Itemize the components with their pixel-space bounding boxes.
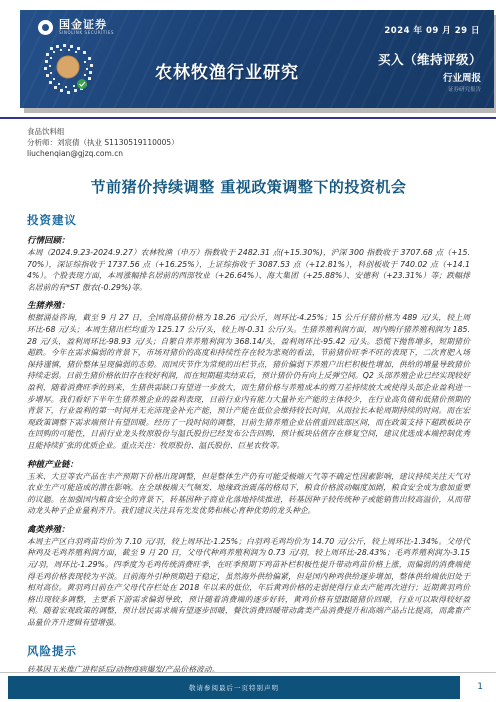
industry-report-title: 农林牧渔行业研究 <box>20 58 434 83</box>
block-text-market-review: 本周（2024.9.23-2024.9.27）农林牧渔（申万）指数收于 2482… <box>27 247 470 293</box>
block-text-hog-farming: 根据涌益咨询，截至 9 月 27 日，全国商品猪价格为 18.26 元/公斤，周… <box>27 312 470 451</box>
block-poultry-farming: 禽类养殖： 本周主产区白羽鸡苗均价为 7.10 元/羽，较上周环比-1.25%；… <box>27 523 470 629</box>
brand-logo: 国金证券 SINOLINK SECURITIES <box>38 19 114 36</box>
footer-disclaimer-bar: 敬请参阅最后一页特别声明 <box>8 676 460 699</box>
analyst-name-license: 分析师：刘宸倩（执业 S1130519110005） <box>27 137 470 148</box>
block-label-poultry-farming: 禽类养殖： <box>27 523 470 535</box>
section-risk-warning: 风险提示 <box>27 643 470 659</box>
brand-name: 国金证券 <box>59 19 114 30</box>
block-label-planting-chain: 种植产业链： <box>27 458 470 470</box>
report-date: 2024 年 09 月 29 日 <box>384 24 480 36</box>
footer-divider <box>0 672 496 673</box>
block-label-hog-farming: 生猪养殖： <box>27 299 470 311</box>
analyst-block: 食品饮料组 分析师：刘宸倩（执业 S1130519110005） liuchen… <box>27 126 470 159</box>
report-type: 行业周报 <box>443 70 481 84</box>
block-text-planting-chain: 玉米、大豆等农产品在丰产预期下价格出现调整，但是整体生产仍有可能受极端天气等不确… <box>27 471 470 517</box>
section-investment-advice: 投资建议 <box>27 212 470 228</box>
rating-badge: 买入（维持评级） <box>378 50 482 68</box>
sinolink-ring-icon <box>38 20 53 35</box>
block-hog-farming: 生猪养殖： 根据涌益咨询，截至 9 月 27 日，全国商品猪价格为 18.26 … <box>27 299 470 451</box>
brand-subtitle: SINOLINK SECURITIES <box>59 30 114 36</box>
page-title: 节前猪价持续调整 重视政策调整下的投资机会 <box>27 176 470 197</box>
risk-warning-text: 转基因玉米推广进程延后/动物疫病爆发/产品价格波动。 <box>27 664 470 676</box>
block-market-review: 行情回顾： 本周（2024.9.23-2024.9.27）农林牧渔（申万）指数收… <box>27 234 470 293</box>
footer-disclaimer-text: 敬请参阅最后一页特别声明 <box>189 683 279 692</box>
analyst-team: 食品饮料组 <box>27 126 470 137</box>
block-label-market-review: 行情回顾： <box>27 234 470 246</box>
block-text-poultry-farming: 本周主产区白羽鸡苗均价为 7.10 元/羽，较上周环比-1.25%；白羽鸡毛鸡均… <box>27 536 470 629</box>
report-tag: 证券研究报告 <box>448 85 481 93</box>
header-divider <box>0 117 496 119</box>
page-number: 1 <box>477 682 483 692</box>
block-planting-chain: 种植产业链： 玉米、大豆等农产品在丰产预期下价格出现调整，但是整体生产仍有可能受… <box>27 458 470 517</box>
report-body: 食品饮料组 分析师：刘宸倩（执业 S1130519110005） liuchen… <box>27 126 470 675</box>
analyst-email-link[interactable]: liuchenqian@gjzq.com.cn <box>27 149 123 158</box>
report-header-banner: 国金证券 SINOLINK SECURITIES 农林牧渔行业研究 2024 年 <box>20 10 494 108</box>
